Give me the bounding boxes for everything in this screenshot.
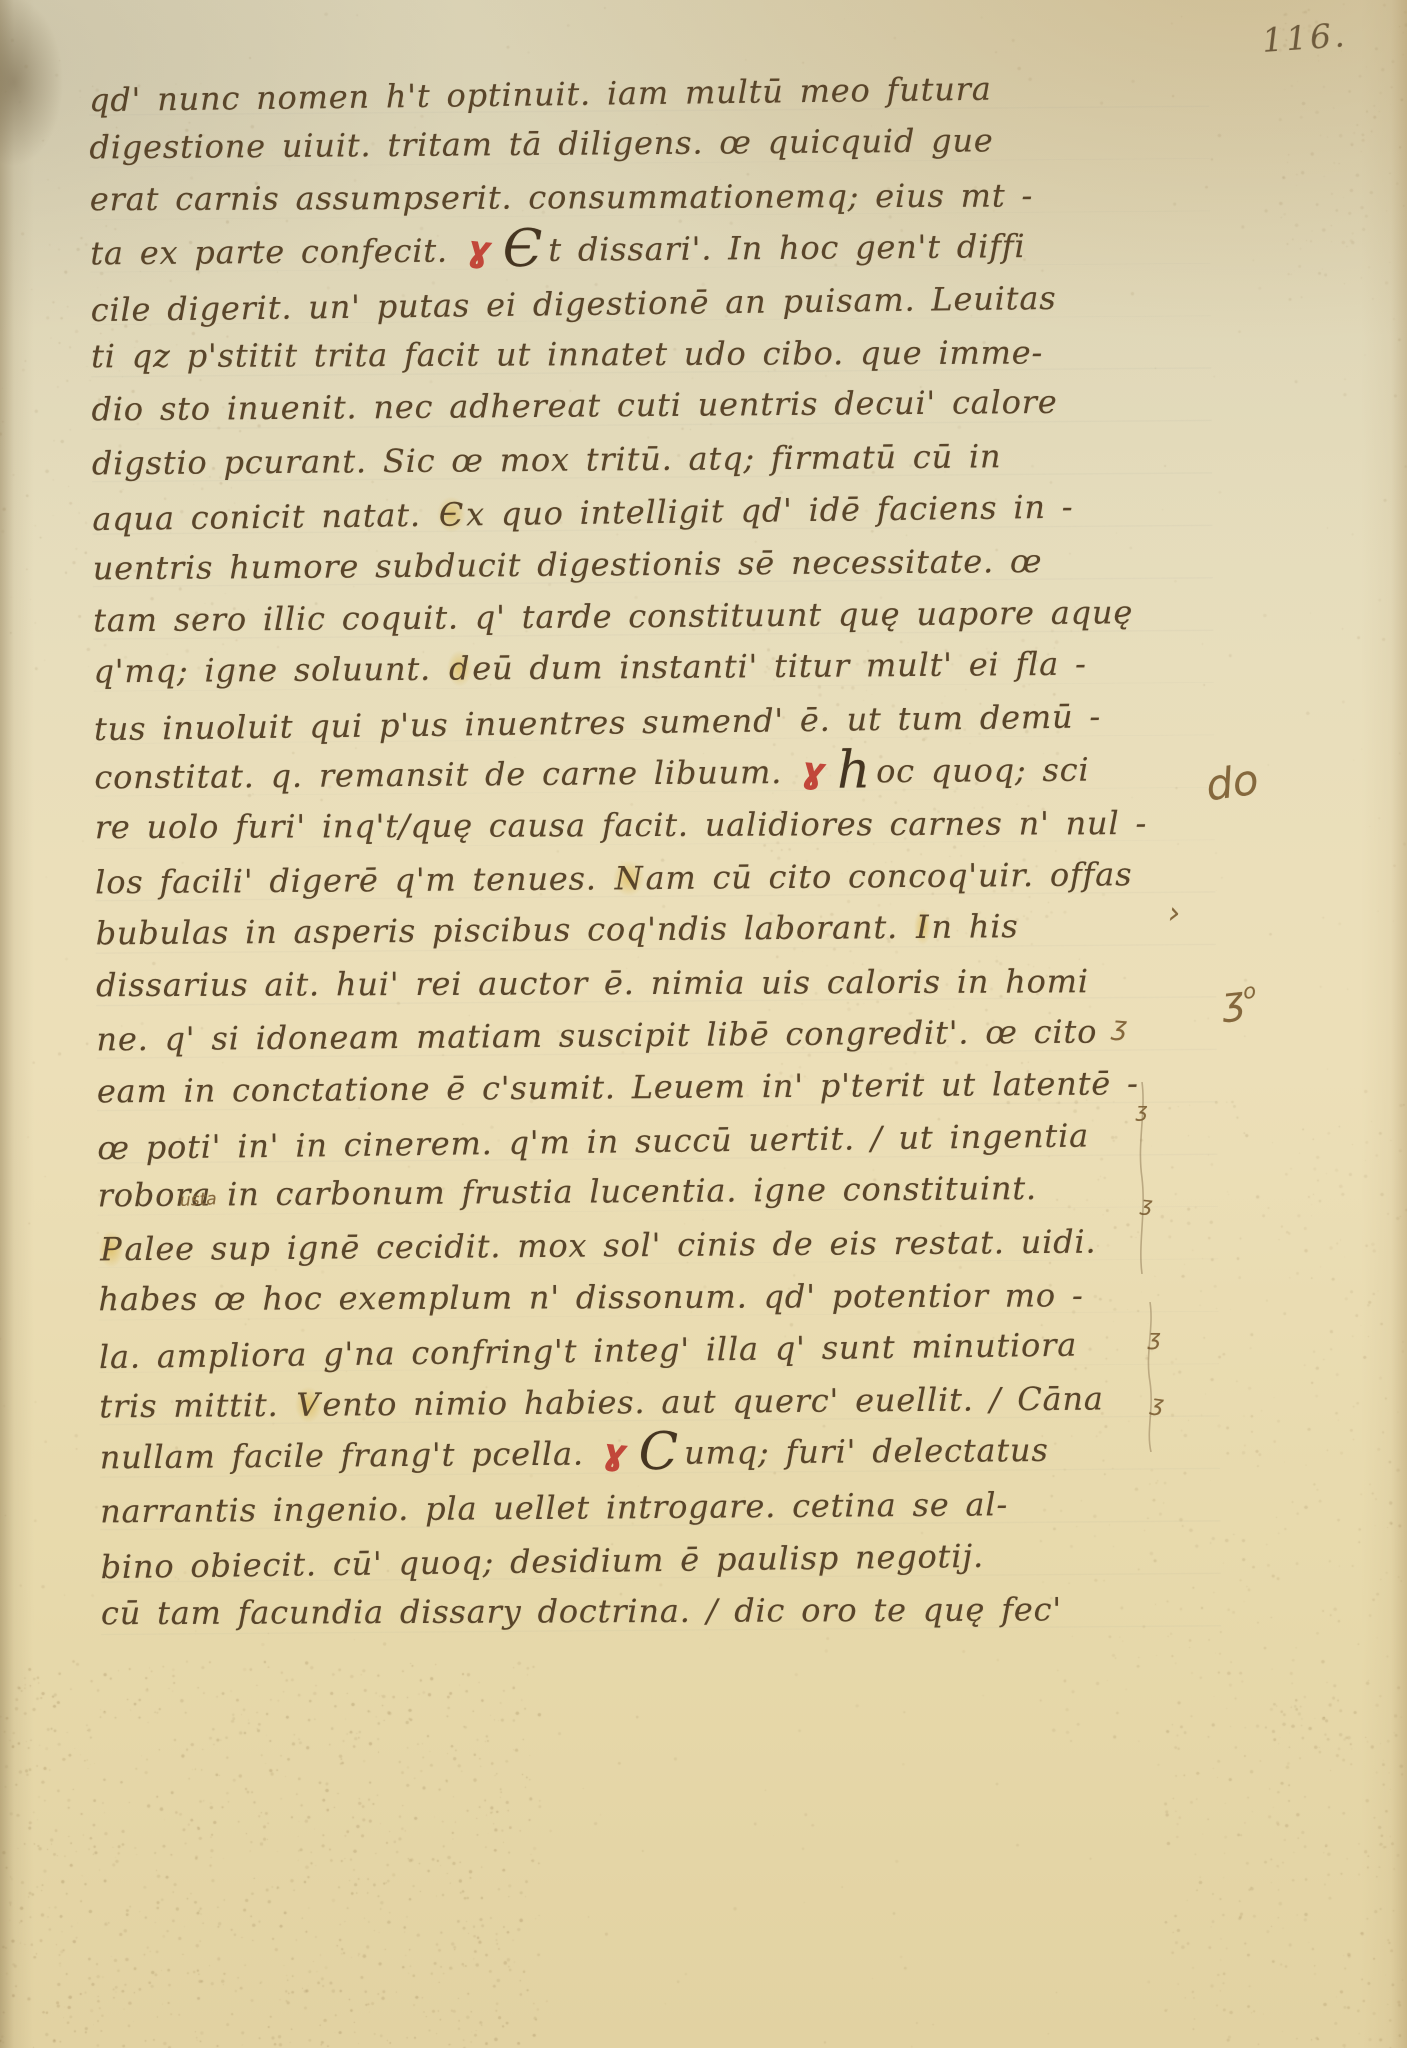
line-text: tris mittit. [99,1386,294,1426]
nota-do: do [1203,755,1262,811]
line-text: robora in carbonum frustia lucentia. ign… [98,1169,1038,1214]
line-text: digstio pcurant. Sic œ mox tritū. atq; f… [92,437,1002,482]
line-text: re uolo furi' inq't/quę causa facit. ual… [95,804,1147,846]
manuscript-line: dissarius ait. hui' rei auctor ē. nimia … [96,954,1216,1011]
line-text: bubulas in asperis piscibus coq'ndis lab… [95,908,914,952]
washed-letter: N [613,859,646,897]
manuscript-line: habes œ hoc exemplum n' dissonum. qd' po… [98,1269,1218,1326]
line-text: qd' nunc nomen h't optinuit. iam multū m… [89,70,992,119]
line-text: tus inuoluit qui p'us inuentres sumend' … [94,697,1101,748]
line-text: œ poti' in' in cinerem. q'm in succū uer… [97,1116,1089,1167]
folio-number: 116. [1261,15,1349,60]
paraph-mark: ɣ [598,1427,634,1481]
line-text: am cū cito concoq'uir. offas [645,855,1132,897]
manuscript-line: ta ex parte confecit. ɣЄt dissari'. In h… [90,219,1210,280]
nota-chevron: › [1168,896,1180,931]
line-text: eū dum instanti' titur mult' ei fla - [472,645,1087,688]
line-text: ne. q' si idoneam matiam suscipit libē c… [96,1013,1097,1059]
line-text: tam sero illic coquit. q' tarde constitu… [93,593,1133,639]
line-text: narrantis ingenio. pla uellet introgare.… [100,1485,1008,1530]
squiggle-hook-2: ʒ [1140,1191,1154,1216]
nota-z: ʒ [1111,1012,1128,1043]
line-text: cū tam facundia dissary doctrina. / dic … [101,1591,1062,1633]
line-text: q'mq; igne soluunt. [93,650,447,691]
paraph-mark: ɣ [462,224,498,278]
manuscript-line: ti qz p'stitit trita facit ut innatet ud… [91,326,1211,383]
line-text: ento nimio habies. aut querc' euellit. /… [322,1379,1104,1423]
washed-letter: Є [437,496,467,534]
line-text: constitat. q. remansit de carne libuum. [94,753,798,797]
manuscript-line: q'mq; igne soluunt. deū dum instanti' ti… [93,637,1213,698]
line-text: cile digerit. un' putas ei digestionē an… [90,278,1056,328]
line-text: dio sto inuenit. nec adhereat cuti uentr… [91,383,1057,429]
washed-letter: V [294,1385,322,1423]
line-text: umq; furi' delectatus [684,1431,1049,1472]
gloss-usta: usta [180,1189,218,1211]
manuscript-line: dio sto inuenit. nec adhereat cuti uentr… [91,375,1211,436]
line-text: n his [931,907,1018,946]
line-text: uentris humore subducit digestionis sē n… [93,541,1043,586]
line-text: aqua conicit natat. [92,496,437,538]
squiggle-hook-3: ʒ [1148,1326,1161,1351]
washed-letter: d [447,650,473,688]
manuscript-line: bubulas in asperis piscibus coq'ndis lab… [95,899,1215,960]
line-text: habes œ hoc exemplum n' dissonum. qd' po… [98,1276,1083,1318]
line-text: alee sup ignē cecidit. mox sol' cinis de… [124,1222,1096,1268]
manuscript-page: 116. qd' nunc nomen h't optinuit. iam mu… [0,0,1407,2048]
nota-zo: ʒo [1220,976,1259,1023]
line-text: erat carnis assumpserit. consummationemq… [90,176,1033,218]
washed-letter: I [914,908,932,946]
manuscript-line: ne. q' si idoneam matiam suscipit libē c… [96,1005,1216,1066]
manuscript-line: Palee sup ignē cecidit. mox sol' cinis d… [98,1214,1218,1275]
line-text: ti qz p'stitit trita facit ut innatet ud… [91,333,1043,375]
line-text: eam in conctatione ē c'sumit. Leuem in' … [97,1065,1139,1111]
manuscript-line: nullam facile frang't pcella. ɣCumq; fur… [100,1423,1220,1484]
line-text: la. ampliora g'na confring't integ' illa… [99,1326,1078,1376]
line-text: dissarius ait. hui' rei auctor ē. nimia … [96,962,1089,1004]
manuscript-line: re uolo furi' inq't/quę causa facit. ual… [95,797,1215,854]
line-text: ta ex parte confecit. [90,232,464,273]
line-text: x quo intelligit qd' idē faciens in - [466,488,1074,534]
line-text: t dissari'. In hoc gen't diffi [548,227,1026,269]
manuscript-line: digestione uiuit. tritam tā diligens. œ … [89,113,1209,174]
paraph-mark: ɣ [796,745,832,799]
line-text: nullam facile frang't pcella. [100,1435,600,1477]
line-text: los facili' digerē q'm tenues. [95,859,613,901]
manuscript-line: erat carnis assumpserit. consummationemq… [90,169,1210,226]
manuscript-line: cū tam facundia dissary doctrina. / dic … [101,1583,1221,1640]
line-text: bino obiecit. cū' quoq; desidium ē pauli… [100,1537,984,1586]
squiggle-hook-1: ʒ [1136,1098,1148,1122]
line-text: digestione uiuit. tritam tā diligens. œ … [89,122,993,167]
manuscript-line: robora in carbonum frustia lucentia. ign… [97,1161,1217,1222]
washed-letter: P [98,1230,125,1268]
line-text: oc quoq; sci [876,751,1090,791]
text-block: qd' nunc nomen h't optinuit. iam multū m… [89,62,1221,1642]
